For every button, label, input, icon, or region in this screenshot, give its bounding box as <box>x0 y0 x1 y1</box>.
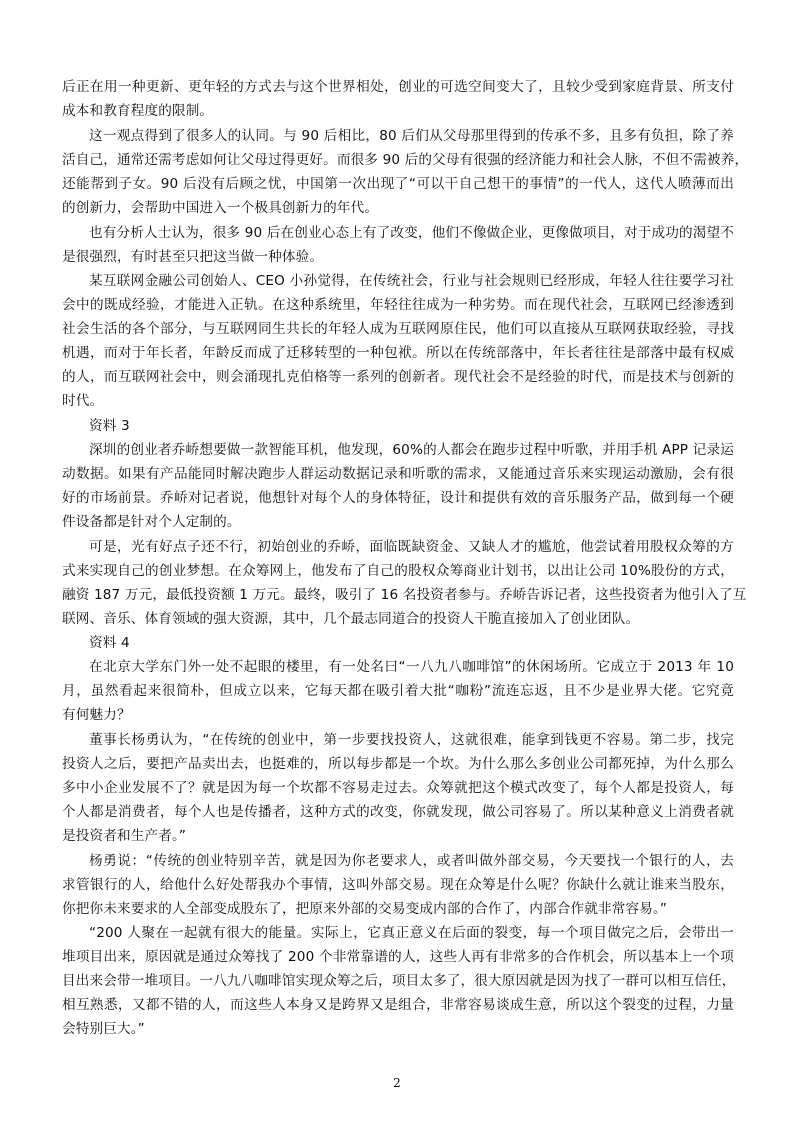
text-line: 是很强烈，有时甚至只把这当做一种体验。 <box>62 247 734 267</box>
text-line: 在北京大学东门外一处不起眼的楼里，有一处名曰“一八九八咖啡馆”的休闲场所。它成立… <box>89 657 734 677</box>
text-line: 会中的既成经验，才能进入正轨。在这种系统里，年轻往往成为一种劣势。而在现代社会，… <box>62 295 734 315</box>
text-line: 堆项目出来，原因就是通过众筹找了 200 个非常靠谱的人，这些人再有非常多的合作… <box>62 947 734 967</box>
document-page: 后正在用一种更新、更年轻的方式去与这个世界相处，创业的可选空间变大了，且较少受到… <box>0 0 794 1122</box>
text-line: 时代。 <box>62 391 734 411</box>
text-line: 这一观点得到了很多人的认同。与 90 后相比，80 后们从父母那里得到的传承不多… <box>89 126 734 146</box>
text-line: 是投资者和生产者。” <box>62 826 734 846</box>
text-line: 某互联网金融公司创始人、CEO 小孙觉得，在传统社会，行业与社会规则已经形成，年… <box>89 271 734 291</box>
text-line: 杨勇说：“传统的创业特别辛苦，就是因为你老要求人，或者叫做外部交易，今天要找一个… <box>89 851 734 871</box>
text-line: 个人都是消费者，每个人也是传播者，这种方式的改变，你就发现，做公司容易了。所以某… <box>62 802 734 822</box>
text-line: 董事长杨勇认为，“在传统的创业中，第一步要找投资人，这就很难，能拿到钱更不容易。… <box>89 730 734 750</box>
text-line: “200 人聚在一起就有很大的能量。实际上，它真正意义在后面的裂变，每一个项目做… <box>89 923 734 943</box>
text-line: 社会生活的各个部分，与互联网同生共长的年轻人成为互联网原住民，他们可以直接从互联… <box>62 319 734 339</box>
text-line: 投资人之后，要把产品卖出去，也挺难的，所以每步都是一个坎。为什么那么多创业公司都… <box>62 754 734 774</box>
text-line: 资料 4 <box>89 633 734 653</box>
text-line: 成本和教育程度的限制。 <box>62 101 734 121</box>
text-line: 也有分析人士认为，很多 90 后在创业心态上有了改变，他们不像做企业，更像做项目… <box>89 223 734 243</box>
text-line: 件设备都是针对个人定制的。 <box>62 512 734 532</box>
text-line: 你把你未来要求的人全部变成股东了，把原来外部的交易变成内部的合作了，内部合作就非… <box>62 899 734 919</box>
text-line: 有何魅力？ <box>62 705 734 725</box>
text-line: 联网、音乐、体育领域的强大资源，其中，几个最志同道合的投资人干脆直接加入了创业团… <box>62 609 734 629</box>
text-line: 的人，而互联网社会中，则会涌现扎克伯格等一系列的创新者。现代社会不是经验的时代，… <box>62 367 734 387</box>
text-line: 的创新力，会帮助中国进入一个极具创新力的年代。 <box>62 198 734 218</box>
text-line: 融资 187 万元，最低投资额 1 万元。最终，吸引了 16 名投资者参与。乔峤… <box>62 585 734 605</box>
text-line: 目出来会带一堆项目。一八九八咖啡馆实现众筹之后，项目太多了，很大原因就是因为找了… <box>62 971 734 991</box>
text-line: 月，虽然看起来很简朴，但成立以来，它每天都在吸引着大批“咖粉”流连忘返，且不少是… <box>62 681 734 701</box>
text-line: 会特别巨大。” <box>62 1019 734 1039</box>
text-line: 资料 3 <box>89 416 734 436</box>
text-line: 相互熟悉，又都不错的人，而这些人本身又是跨界又是组合，非常容易谈成生意，所以这个… <box>62 995 734 1015</box>
text-line: 后正在用一种更新、更年轻的方式去与这个世界相处，创业的可选空间变大了，且较少受到… <box>62 77 734 97</box>
text-line: 好的市场前景。乔峤对记者说，他想针对每个人的身体特征，设计和提供有效的音乐服务产… <box>62 488 734 508</box>
text-line: 求管银行的人，给他什么好处帮我办个事情，这叫外部交易。现在众筹是什么呢？你缺什么… <box>62 875 734 895</box>
text-line: 深圳的创业者乔峤想要做一款智能耳机，他发现，60%的人都会在跑步过程中听歌，并用… <box>89 440 734 460</box>
text-line: 活自己，通常还需考虑如何让父母过得更好。而很多 90 后的父母有很强的经济能力和… <box>62 150 734 170</box>
text-line: 多中小企业发展不了？就是因为每一个坎都不容易走过去。众筹就把这个模式改变了，每个… <box>62 778 734 798</box>
text-line: 机遇，而对于年长者，年龄反而成了迁移转型的一种包袱。所以在传统部落中，年长者往往… <box>62 343 734 363</box>
text-line: 式来实现自己的创业梦想。在众筹网上，他发布了自己的股权众筹商业计划书，以出让公司… <box>62 561 734 581</box>
text-line: 可是，光有好点子还不行，初始创业的乔峤，面临既缺资金、又缺人才的尴尬，他尝试着用… <box>89 537 734 557</box>
text-line: 动数据。如果有产品能同时解决跑步人群运动数据记录和听歌的需求，又能通过音乐来实现… <box>62 464 734 484</box>
page-number: 2 <box>0 1076 794 1090</box>
text-line: 还能帮到子女。90 后没有后顾之忧，中国第一次出现了“可以干自己想干的事情”的一… <box>62 174 734 194</box>
